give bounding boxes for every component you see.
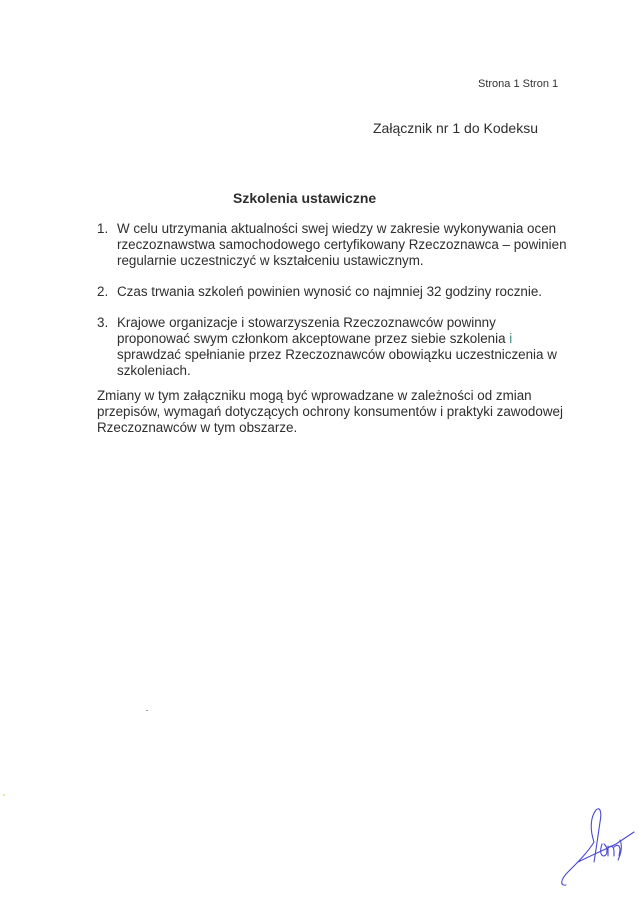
list-item-number: 2. [97,284,108,300]
scan-speck [146,710,148,711]
requirements-list: 1. W celu utrzymania aktualności swej wi… [97,221,567,395]
attachment-label: Załącznik nr 1 do Kodeksu [373,120,538,136]
scan-speck [3,794,5,796]
list-item-text: Krajowe organizacje i stowarzyszenia Rze… [117,315,557,378]
list-item: 3. Krajowe organizacje i stowarzyszenia … [97,315,567,379]
signature-icon [556,800,636,890]
list-item-text: W celu utrzymania aktualności swej wiedz… [117,221,567,268]
document-title: Szkolenia ustawiczne [233,190,376,206]
list-item: 2. Czas trwania szkoleń powinien wynosić… [97,284,567,300]
list-item-text-part: sprawdzać spełnianie przez Rzeczoznawców… [117,347,557,378]
page-number: Strona 1 Stron 1 [478,78,558,90]
list-item-text-teal: i [509,331,512,346]
list-item-number: 3. [97,315,108,331]
list-item: 1. W celu utrzymania aktualności swej wi… [97,221,567,269]
list-item-text-part: Krajowe organizacje i stowarzyszenia Rze… [117,315,509,346]
closing-note: Zmiany w tym załączniku mogą być wprowad… [97,388,567,436]
list-item-number: 1. [97,221,108,237]
list-item-text: Czas trwania szkoleń powinien wynosić co… [117,284,542,299]
